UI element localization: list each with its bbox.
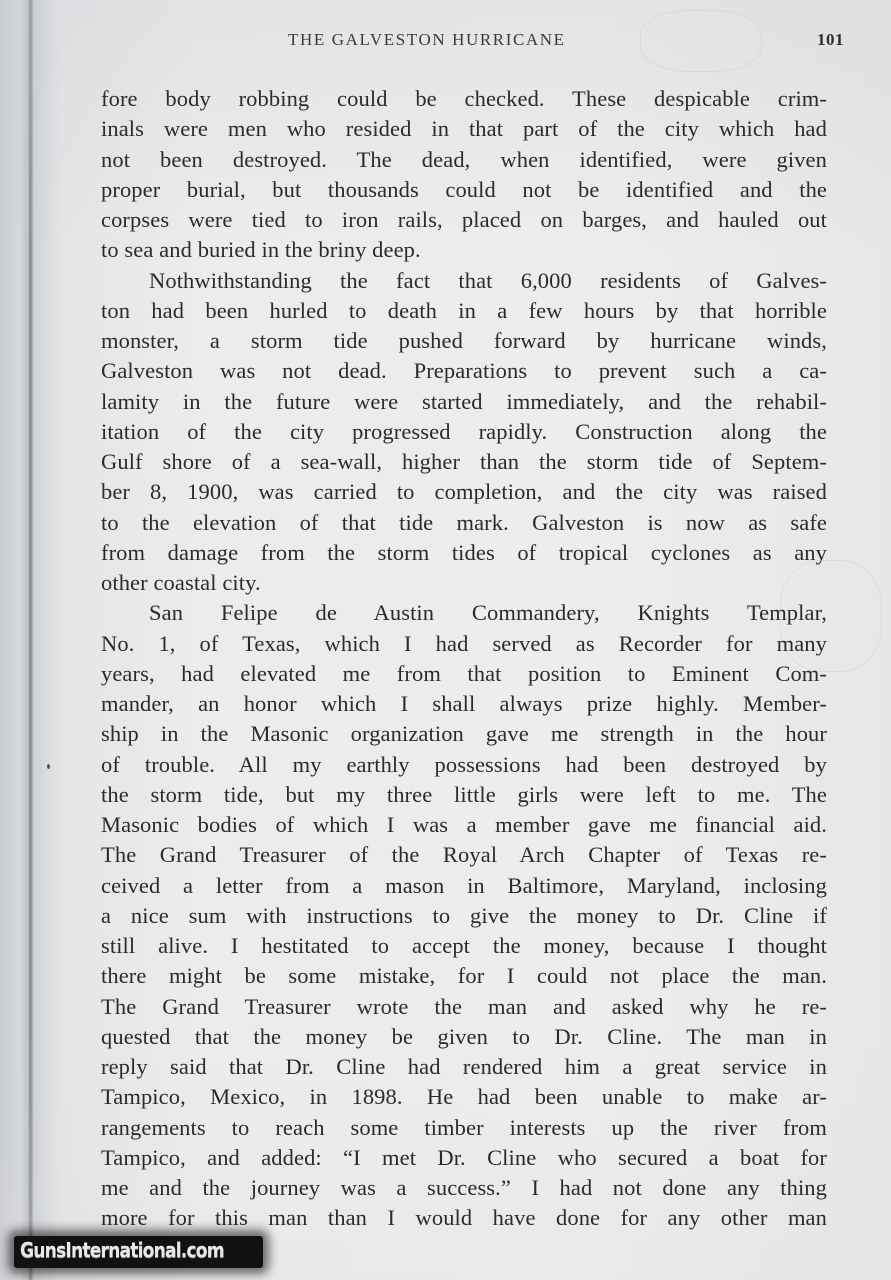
text-line: from damage from the storm tides of trop… bbox=[101, 538, 827, 568]
text-line: corpses were tied to iron rails, placed … bbox=[101, 205, 827, 235]
watermark-text: GunsInternational.com bbox=[20, 1238, 224, 1262]
text-line: inals were men who resided in that part … bbox=[101, 114, 827, 144]
running-head: THE GALVESTON HURRICANE 101 bbox=[288, 30, 844, 56]
page-number: 101 bbox=[817, 30, 844, 50]
text-line: Tampico, Mexico, in 1898. He had been un… bbox=[101, 1082, 827, 1112]
text-line: not been destroyed. The dead, when ident… bbox=[101, 145, 827, 175]
text-line: me and the journey was a success.” I had… bbox=[101, 1173, 827, 1203]
text-line: Tampico, and added: “I met Dr. Cline who… bbox=[101, 1143, 827, 1173]
text-line: lamity in the future were started immedi… bbox=[101, 387, 827, 417]
text-line: years, had elevated me from that positio… bbox=[101, 659, 827, 689]
text-line: monster, a storm tide pushed forward by … bbox=[101, 326, 827, 356]
text-line: reply said that Dr. Cline had rendered h… bbox=[101, 1052, 827, 1082]
text-line: other coastal city. bbox=[101, 568, 827, 598]
text-line: Galveston was not dead. Preparations to … bbox=[101, 356, 827, 386]
book-gutter-shadow bbox=[29, 0, 32, 1280]
text-line: ship in the Masonic organization gave me… bbox=[101, 719, 827, 749]
text-line: No. 1, of Texas, which I had served as R… bbox=[101, 629, 827, 659]
text-line: there might be some mistake, for I could… bbox=[101, 961, 827, 991]
text-line: mander, an honor which I shall always pr… bbox=[101, 689, 827, 719]
text-line: fore body robbing could be checked. Thes… bbox=[101, 84, 827, 114]
text-line: Masonic bodies of which I was a member g… bbox=[101, 810, 827, 840]
watermark-logo: GunsInternational.com bbox=[14, 1236, 263, 1268]
chapter-title: THE GALVESTON HURRICANE bbox=[288, 30, 566, 50]
text-line: to sea and buried in the briny deep. bbox=[101, 235, 827, 265]
text-line: a nice sum with instructions to give the… bbox=[101, 901, 827, 931]
text-line: to the elevation of that tide mark. Galv… bbox=[101, 508, 827, 538]
text-line: the storm tide, but my three little girl… bbox=[101, 780, 827, 810]
text-line: ber 8, 1900, was carried to completion, … bbox=[101, 477, 827, 507]
text-line: proper burial, but thousands could not b… bbox=[101, 175, 827, 205]
text-line: more for this man than I would have done… bbox=[101, 1203, 827, 1233]
text-line: itation of the city progressed rapidly. … bbox=[101, 417, 827, 447]
paragraph-start-line: San Felipe de Austin Commandery, Knights… bbox=[101, 598, 827, 628]
text-line: rangements to reach some timber interest… bbox=[101, 1113, 827, 1143]
paragraph-start-line: Nothwithstanding the fact that 6,000 res… bbox=[101, 266, 827, 296]
text-line: ceived a letter from a mason in Baltimor… bbox=[101, 871, 827, 901]
text-line: Gulf shore of a sea-wall, higher than th… bbox=[101, 447, 827, 477]
text-line: quested that the money be given to Dr. C… bbox=[101, 1022, 827, 1052]
text-line: The Grand Treasurer wrote the man and as… bbox=[101, 992, 827, 1022]
ink-speck bbox=[47, 764, 50, 769]
text-line: ton had been hurled to death in a few ho… bbox=[101, 296, 827, 326]
body-text: fore body robbing could be checked. Thes… bbox=[101, 84, 827, 1234]
text-line: The Grand Treasurer of the Royal Arch Ch… bbox=[101, 840, 827, 870]
text-line: still alive. I hestitated to accept the … bbox=[101, 931, 827, 961]
text-line: of trouble. All my earthly possessions h… bbox=[101, 750, 827, 780]
